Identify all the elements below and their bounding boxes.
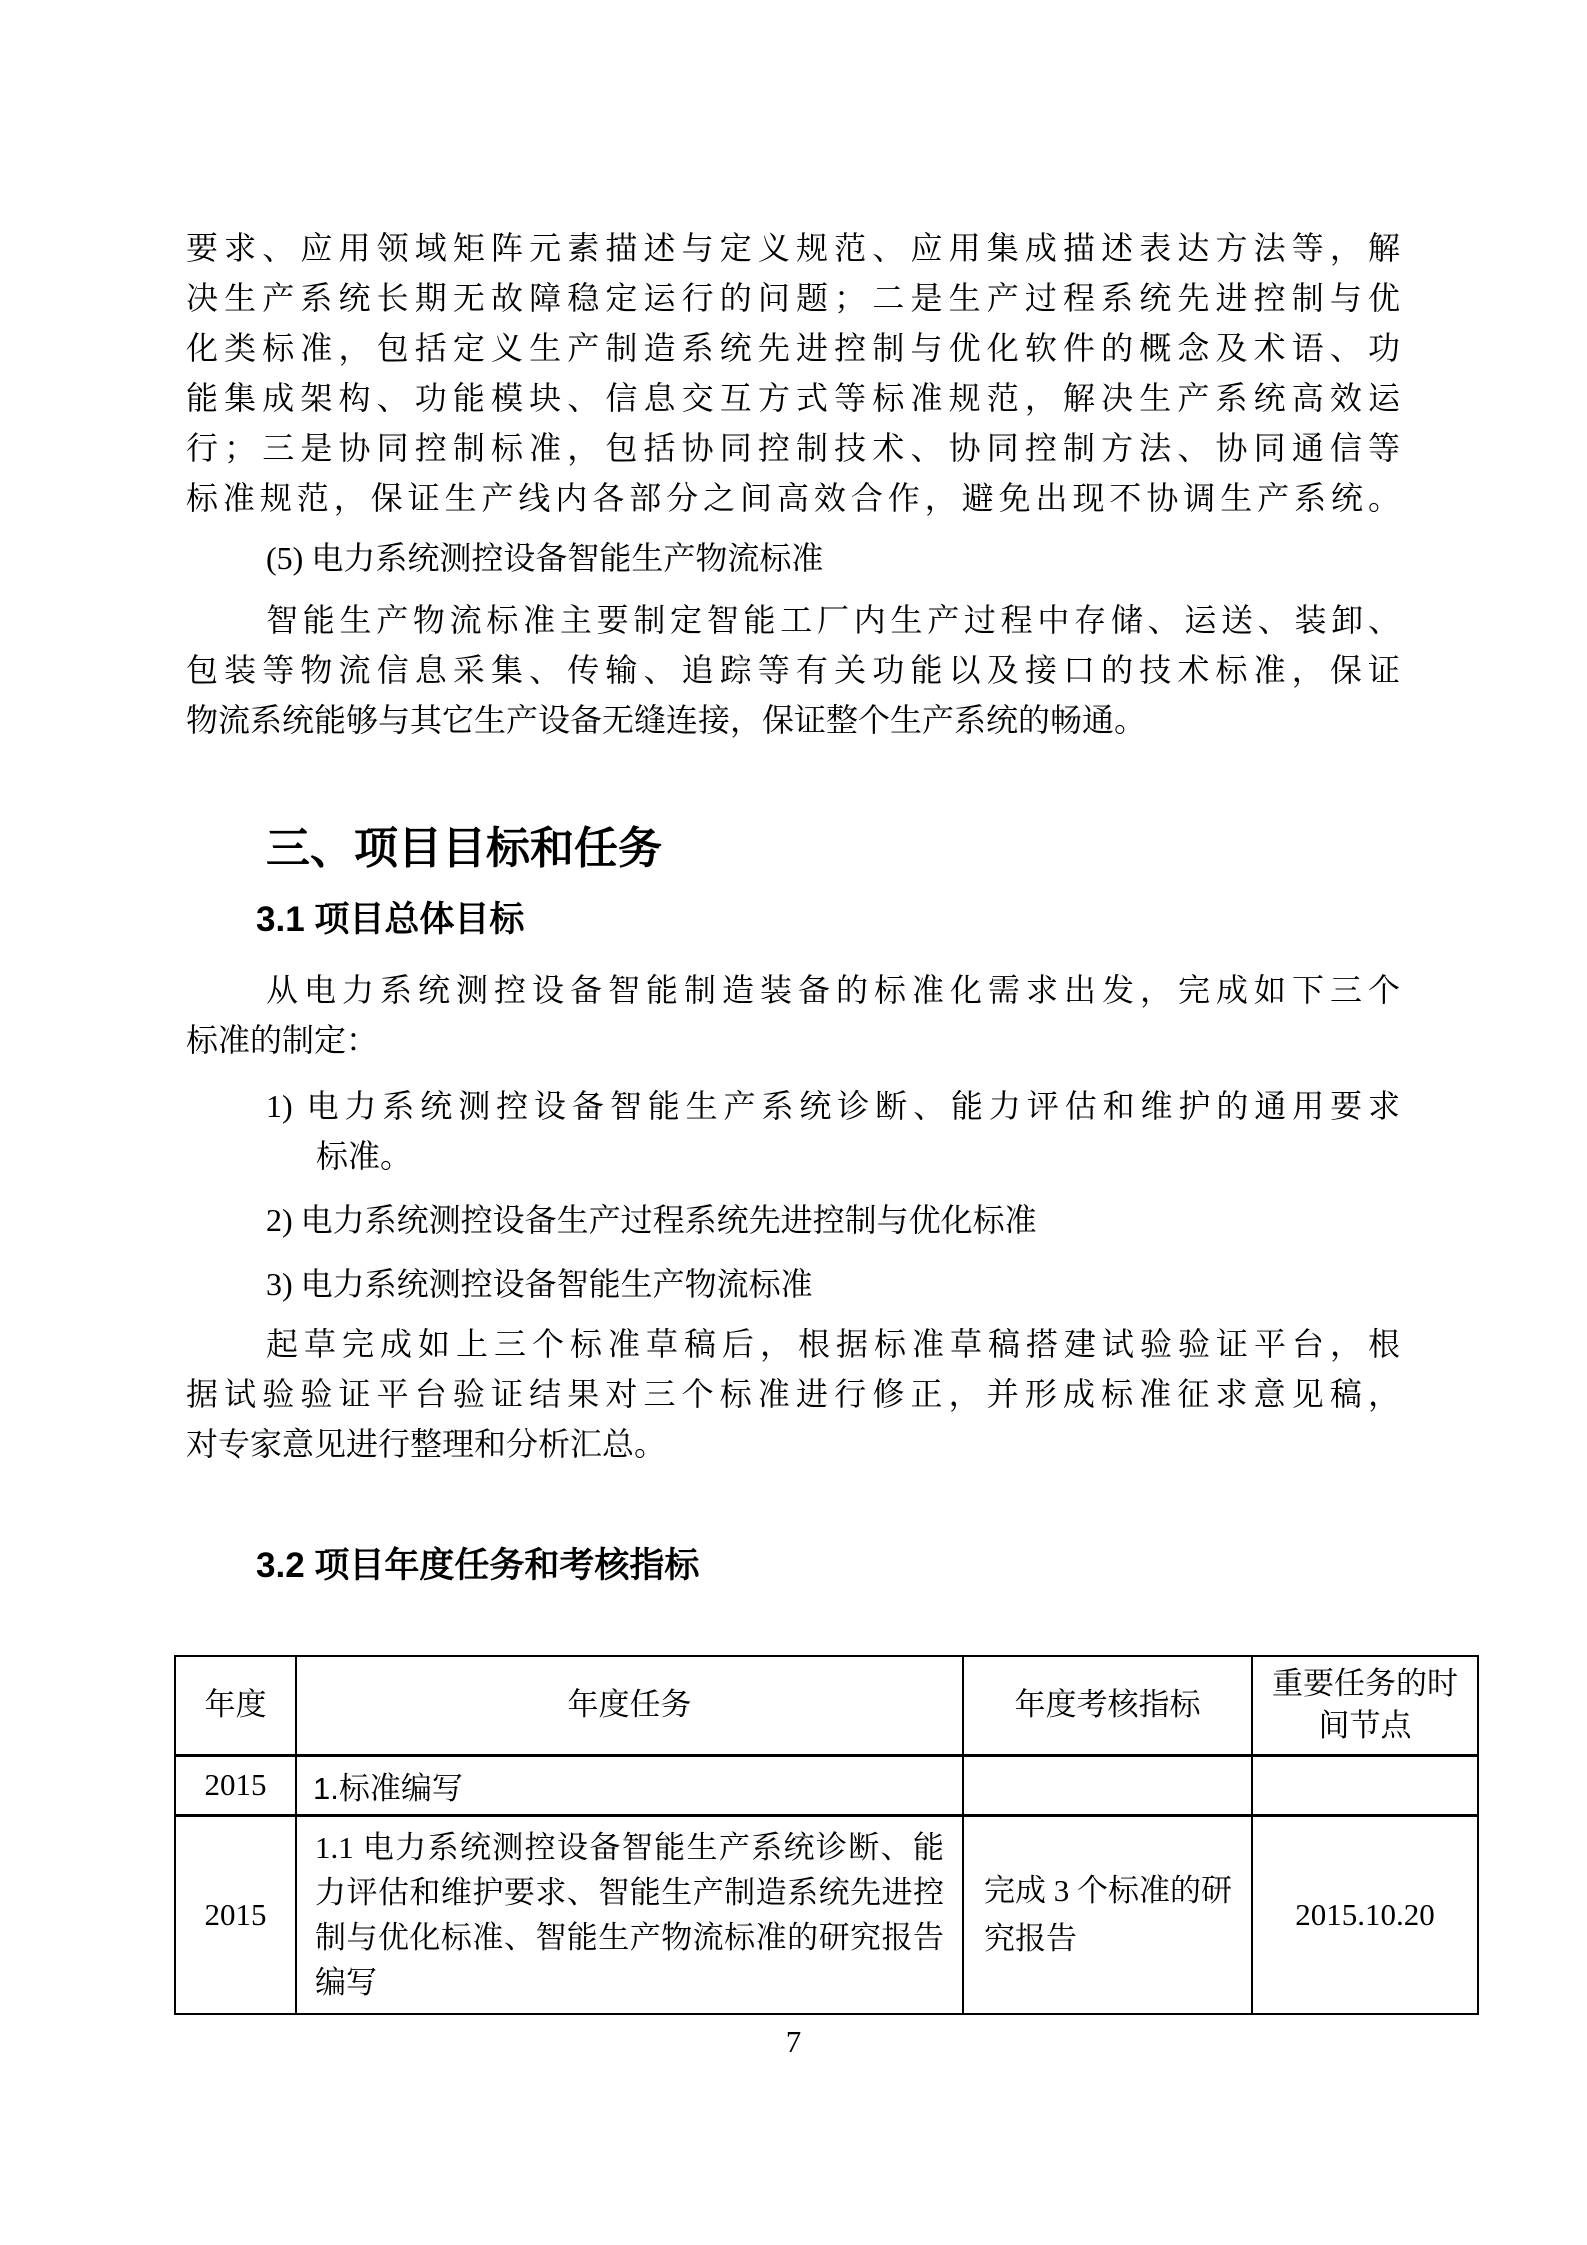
- list-item-line: 1) 电力系统测控设备智能生产系统诊断、能力评估和维护的通用要求: [186, 1081, 1400, 1131]
- document-body: 要求、应用领域矩阵元素描述与定义规范、应用集成描述表达方法等，解 决生产系统长期…: [186, 223, 1400, 2015]
- table-cell-deadline: 2015.10.20: [1252, 1815, 1478, 2014]
- paragraph-line: 化类标准，包括定义生产制造系统先进控制与优化软件的概念及术语、功: [186, 323, 1400, 373]
- paragraph-3: 从电力系统测控设备智能制造装备的标准化需求出发，完成如下三个 标准的制定：: [186, 965, 1400, 1065]
- paragraph-line: 要求、应用领域矩阵元素描述与定义规范、应用集成描述表达方法等，解: [186, 223, 1400, 273]
- paragraph-line: 起草完成如上三个标准草稿后，根据标准草稿搭建试验验证平台，根: [186, 1319, 1400, 1369]
- table-row: 2015 1.1 电力系统测控设备智能生产系统诊断、能力评估和维护要求、智能生产…: [175, 1815, 1478, 2014]
- section-3-1-heading: 3.1 项目总体目标: [186, 895, 1400, 945]
- section-3-2-heading: 3.2 项目年度任务和考核指标: [186, 1541, 1400, 1591]
- page-number: 7: [0, 2022, 1587, 2062]
- paragraph-line: 从电力系统测控设备智能制造装备的标准化需求出发，完成如下三个: [186, 965, 1400, 1015]
- table-header-task: 年度任务: [296, 1656, 963, 1755]
- paragraph-line: 决生产系统长期无故障稳定运行的问题；二是生产过程系统先进控制与优: [186, 273, 1400, 323]
- paragraph-line: 物流系统能够与其它生产设备无缝连接，保证整个生产系统的畅通。: [186, 695, 1400, 745]
- list-item-3: 3) 电力系统测控设备智能生产物流标准: [186, 1259, 1400, 1309]
- table-cell-year: 2015: [175, 1755, 296, 1815]
- table-cell-indicator: 完成 3 个标准的研究报告: [963, 1815, 1252, 2014]
- annual-task-table: 年度 年度任务 年度考核指标 重要任务的时间节点 2015 1.标准编写 201…: [174, 1655, 1479, 2015]
- list-item-line: 标准。: [186, 1131, 1400, 1181]
- paragraph-line: 据试验验证平台验证结果对三个标准进行修正，并形成标准征求意见稿，: [186, 1369, 1400, 1419]
- paragraph-line: 智能生产物流标准主要制定智能工厂内生产过程中存储、运送、装卸、: [186, 595, 1400, 645]
- paragraph-line: 标准的制定：: [186, 1015, 1400, 1065]
- paragraph-1: 要求、应用领域矩阵元素描述与定义规范、应用集成描述表达方法等，解 决生产系统长期…: [186, 223, 1400, 523]
- table-header-deadline: 重要任务的时间节点: [1252, 1656, 1478, 1755]
- section-3-heading: 三、项目目标和任务: [186, 821, 1400, 877]
- table-cell-task: 1.标准编写: [296, 1755, 963, 1815]
- paragraph-line: 包装等物流信息采集、传输、追踪等有关功能以及接口的技术标准，保证: [186, 645, 1400, 695]
- paragraph-line: 能集成架构、功能模块、信息交互方式等标准规范，解决生产系统高效运: [186, 373, 1400, 423]
- table-header-indicator: 年度考核指标: [963, 1656, 1252, 1755]
- paragraph-line: 对专家意见进行整理和分析汇总。: [186, 1419, 1400, 1469]
- paragraph-line: 标准规范，保证生产线内各部分之间高效合作，避免出现不协调生产系统。: [186, 473, 1400, 523]
- list-item-2: 2) 电力系统测控设备生产过程系统先进控制与优化标准: [186, 1195, 1400, 1245]
- paragraph-2: 智能生产物流标准主要制定智能工厂内生产过程中存储、运送、装卸、 包装等物流信息采…: [186, 595, 1400, 745]
- table-cell-year: 2015: [175, 1815, 296, 2014]
- document-page: 要求、应用领域矩阵元素描述与定义规范、应用集成描述表达方法等，解 决生产系统长期…: [0, 0, 1587, 2245]
- paragraph-line: 行；三是协同控制标准，包括协同控制技术、协同控制方法、协同通信等: [186, 423, 1400, 473]
- table-cell-deadline: [1252, 1755, 1478, 1815]
- subsection-5-heading: (5) 电力系统测控设备智能生产物流标准: [186, 533, 1400, 583]
- list-item-1: 1) 电力系统测控设备智能生产系统诊断、能力评估和维护的通用要求 标准。: [186, 1081, 1400, 1181]
- paragraph-4: 起草完成如上三个标准草稿后，根据标准草稿搭建试验验证平台，根 据试验验证平台验证…: [186, 1319, 1400, 1469]
- table-header-row: 年度 年度任务 年度考核指标 重要任务的时间节点: [175, 1656, 1478, 1755]
- table-cell-task: 1.1 电力系统测控设备智能生产系统诊断、能力评估和维护要求、智能生产制造系统先…: [296, 1815, 963, 2014]
- table-cell-indicator: [963, 1755, 1252, 1815]
- table-header-year: 年度: [175, 1656, 296, 1755]
- table-row: 2015 1.标准编写: [175, 1755, 1478, 1815]
